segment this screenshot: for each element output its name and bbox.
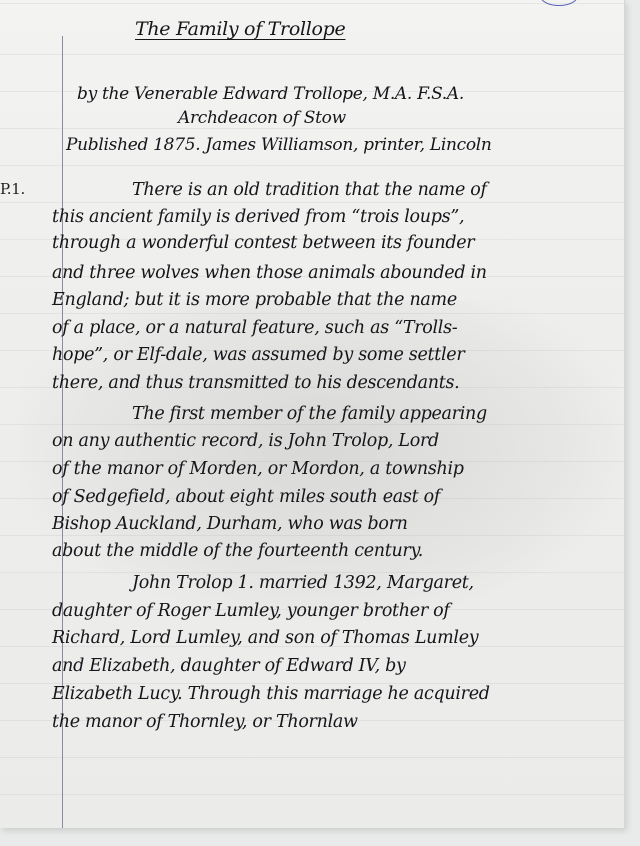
manuscript-page: The Family of Trollope by the Venerable … (0, 0, 625, 828)
manuscript-line: of the manor of Morden, or Mordon, a tow… (52, 459, 464, 479)
document-title: The Family of Trollope (135, 18, 345, 40)
manuscript-line: Elizabeth Lucy. Through this marriage he… (52, 684, 490, 704)
author-byline: by the Venerable Edward Trollope, M.A. F… (77, 84, 464, 104)
publication-info: Published 1875. James Williamson, printe… (66, 135, 492, 155)
manuscript-line: and Elizabeth, daughter of Edward IV, by (52, 656, 406, 676)
manuscript-line: The first member of the family appearing (132, 404, 487, 424)
manuscript-line: there, and thus transmitted to his desce… (52, 373, 459, 393)
manuscript-line: through a wonderful contest between its … (52, 233, 474, 253)
manuscript-line: Bishop Auckland, Durham, who was born (52, 514, 408, 534)
manuscript-line: England; but it is more probable that th… (52, 290, 457, 310)
manuscript-line: of Sedgefield, about eight miles south e… (52, 487, 440, 507)
manuscript-line: the manor of Thornley, or Thornlaw (52, 712, 358, 732)
manuscript-line: Richard, Lord Lumley, and son of Thomas … (52, 628, 478, 648)
manuscript-line: of a place, or a natural feature, such a… (52, 318, 457, 338)
manuscript-line: John Trolop 1. married 1392, Margaret, (132, 573, 474, 593)
manuscript-line: hope”, or Elf-dale, was assumed by some … (52, 345, 464, 365)
manuscript-line: There is an old tradition that the name … (132, 180, 487, 200)
author-office: Archdeacon of Stow (178, 108, 346, 128)
manuscript-line: about the middle of the fourteenth centu… (52, 541, 423, 561)
manuscript-line: and three wolves when those animals abou… (52, 263, 487, 283)
manuscript-line: this ancient family is derived from “tro… (52, 207, 464, 227)
manuscript-line: daughter of Roger Lumley, younger brothe… (52, 601, 450, 621)
page-reference: P.1. (0, 180, 25, 198)
manuscript-line: on any authentic record, is John Trolop,… (52, 431, 439, 451)
